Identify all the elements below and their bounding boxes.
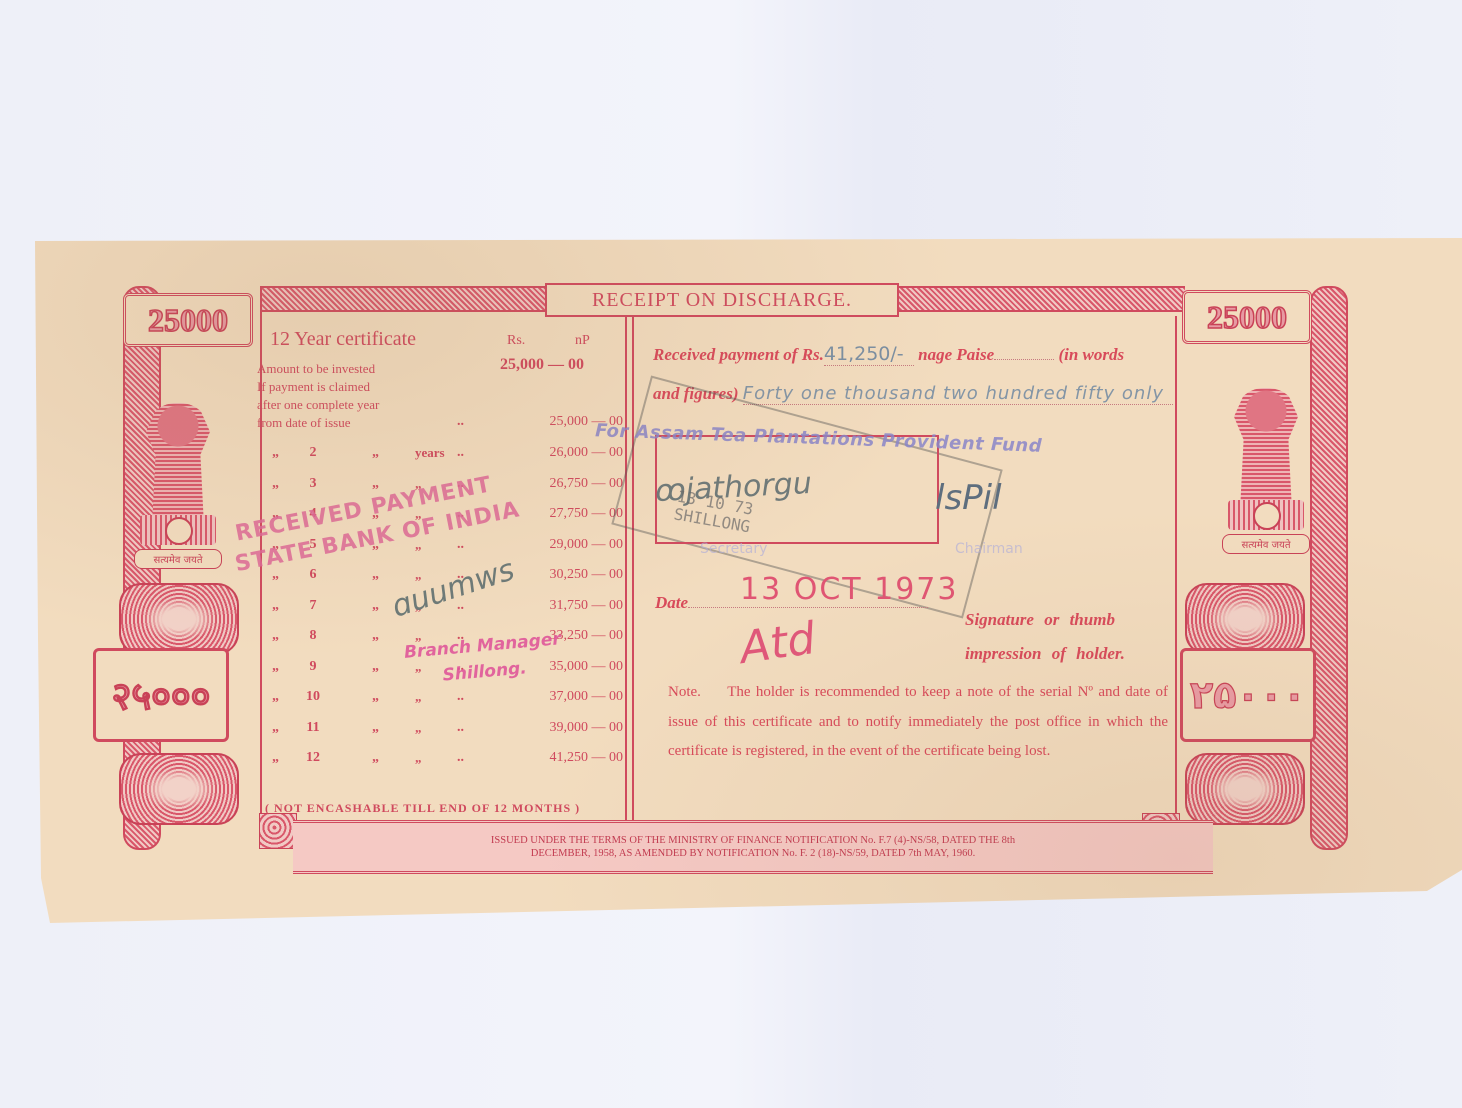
row-value: 37,000 — 00 — [505, 689, 623, 705]
row-q2: „ — [372, 750, 379, 766]
fund-signature-2: lsPil — [935, 478, 1002, 518]
emblem-motto: सत्यमेव जयते — [1222, 534, 1310, 554]
row-value: 30,250 — 00 — [505, 567, 623, 583]
right-border-ornament — [1310, 286, 1348, 850]
row-q1: „ — [272, 720, 279, 736]
row-q2: „ — [372, 598, 379, 614]
row-value: 26,750 — 00 — [505, 476, 623, 492]
national-emblem-icon: सत्यमेव जयते — [1220, 388, 1312, 558]
table-row: „11„„..39,000 — 00 — [257, 720, 612, 740]
row-year: 10 — [300, 689, 326, 705]
secretary-label: Secretary — [700, 541, 767, 557]
date-stamp: 13 OCT 1973 — [740, 572, 958, 607]
row-value: 31,750 — 00 — [505, 598, 623, 614]
row-q1: „ — [272, 659, 279, 675]
row-q1: „ — [272, 598, 279, 614]
column-header-np: nP — [575, 333, 590, 349]
row-year: 12 — [300, 750, 326, 766]
row-dots: .. — [457, 750, 464, 766]
row-q1: „ — [272, 476, 279, 492]
table-row: „10„„..37,000 — 00 — [257, 689, 612, 709]
not-encashable-note: ( NOT ENCASHABLE TILL END OF 12 MONTHS ) — [265, 801, 580, 816]
row-dots: .. — [457, 445, 464, 461]
row-q1: „ — [272, 445, 279, 461]
row-q2: „ — [372, 720, 379, 736]
row-word: „ — [415, 750, 422, 766]
table-row: .. 25,000 — 00 — [257, 414, 612, 434]
denomination-right: 25000 — [1182, 290, 1312, 344]
received-amount: 41,250/- — [824, 343, 904, 365]
received-payment-line: Received payment of Rs.41,250/- nage Pai… — [653, 343, 1193, 366]
holder-note: Note. The holder is recommended to keep … — [668, 678, 1168, 767]
denomination-urdu: ۲۵۰۰۰ — [1180, 648, 1316, 742]
row-value: 27,750 — 00 — [505, 506, 623, 522]
row-q2: „ — [372, 567, 379, 583]
denomination-devanagari: २५००० — [93, 648, 229, 742]
row-word: „ — [415, 720, 422, 736]
row-dots: .. — [457, 689, 464, 705]
row-q2: „ — [372, 445, 379, 461]
row-q1: „ — [272, 750, 279, 766]
certificate-paper: RECEIPT ON DISCHARGE. 25000 25000 सत्यमे… — [35, 238, 1462, 928]
row-q1: „ — [272, 689, 279, 705]
row-q2: „ — [372, 476, 379, 492]
column-header-rs: Rs. — [507, 333, 525, 349]
issuance-footer: ISSUED UNDER THE TERMS OF THE MINISTRY O… — [293, 820, 1213, 874]
row-year: 9 — [300, 659, 326, 675]
row-q1: „ — [272, 628, 279, 644]
row-value: 26,000 — 00 — [505, 445, 623, 461]
row-value: 29,000 — 00 — [505, 537, 623, 553]
row-year: 3 — [300, 476, 326, 492]
scroll-ornament-icon — [259, 813, 297, 849]
row-word: „ — [415, 689, 422, 705]
row-year: 2 — [300, 445, 326, 461]
table-row: „12„„..41,250 — 00 — [257, 750, 612, 770]
row-q2: „ — [372, 628, 379, 644]
row-dots: .. — [457, 720, 464, 736]
column-divider — [625, 316, 634, 821]
emblem-motto: सत्यमेव जयते — [134, 549, 222, 569]
row-year: 7 — [300, 598, 326, 614]
row-value: 39,000 — 00 — [505, 720, 623, 736]
amount-in-words: Forty one thousand two hundred fifty onl… — [743, 383, 1173, 405]
row-year: 8 — [300, 628, 326, 644]
row-dots: .. — [457, 537, 464, 553]
signature-label: Signature or thumb impression of holder. — [965, 603, 1125, 671]
amount-invested-value: 25,000 — 00 — [500, 356, 584, 374]
table-row: „2„years..26,000 — 00 — [257, 445, 612, 465]
row-year: 11 — [300, 720, 326, 736]
row-value: 41,250 — 00 — [505, 750, 623, 766]
denomination-left: 25000 — [123, 293, 253, 347]
row-q2: „ — [372, 689, 379, 705]
chairman-label: Chairman — [955, 541, 1023, 557]
row-word: years — [415, 445, 445, 461]
national-emblem-icon: सत्यमेव जयते — [132, 403, 224, 573]
row-year: 6 — [300, 567, 326, 583]
guilloche-ornament — [119, 583, 239, 655]
row-q2: „ — [372, 659, 379, 675]
guilloche-ornament — [1185, 583, 1305, 655]
handwritten-initials: Atd — [737, 613, 819, 674]
guilloche-ornament — [1185, 753, 1305, 825]
certificate-title: 12 Year certificate — [270, 328, 416, 351]
guilloche-ornament — [119, 753, 239, 825]
